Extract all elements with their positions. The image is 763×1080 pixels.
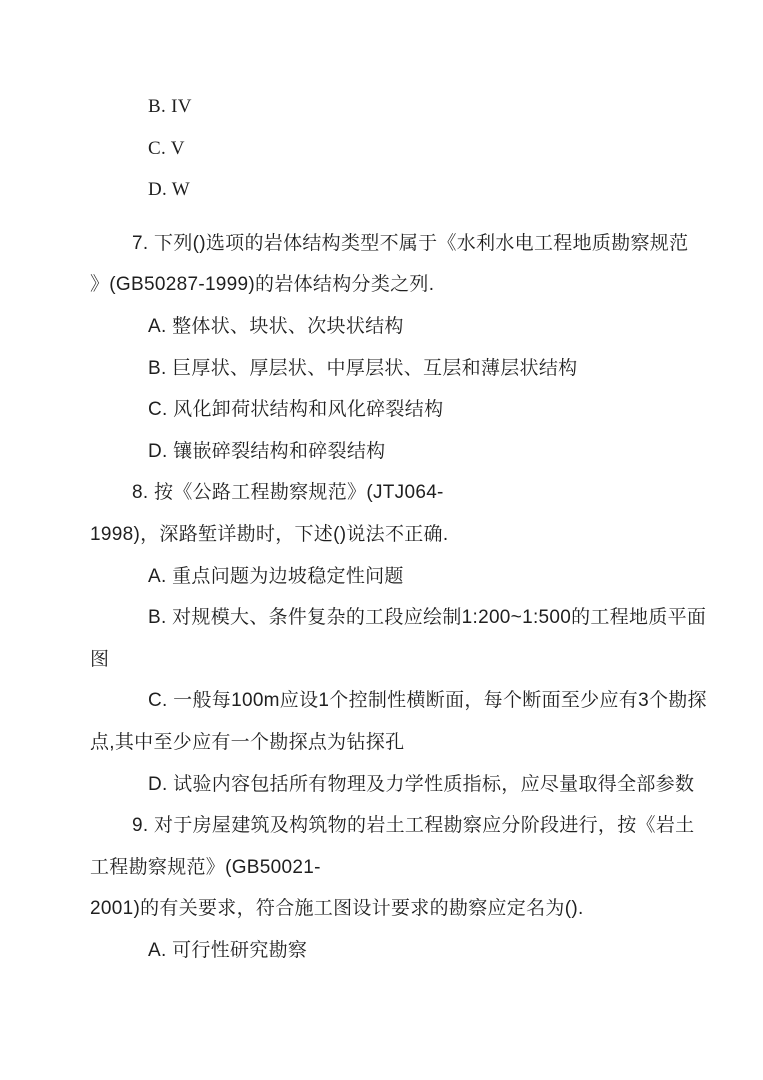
- question-9-stem-line-3: 2001)的有关要求，符合施工图设计要求的勘察应定名为().: [90, 888, 680, 930]
- question-9-option-a: A. 可行性研究勘察: [90, 930, 680, 972]
- exam-question-text: B. IV C. V D. W 7. 下列()选项的岩体结构类型不属于《水利水电…: [90, 86, 680, 971]
- question-8-option-b-line-2: 图: [90, 639, 680, 681]
- question-8-option-a: A. 重点问题为边坡稳定性问题: [90, 556, 680, 598]
- question-8-option-c-line-2: 点,其中至少应有一个勘探点为钻探孔: [90, 722, 680, 764]
- question-8-stem-line-1: 8. 按《公路工程勘察规范》(JTJ064-: [90, 472, 680, 514]
- question-7-option-c: C. 风化卸荷状结构和风化碎裂结构: [90, 389, 680, 431]
- question-8-stem-line-2: 1998)，深路堑详勘时，下述()说法不正确.: [90, 514, 680, 556]
- question-8-option-b-line-1: B. 对规模大、条件复杂的工段应绘制1:200~1:500的工程地质平面: [90, 597, 680, 639]
- document-page: B. IV C. V D. W 7. 下列()选项的岩体结构类型不属于《水利水电…: [0, 0, 763, 1080]
- question-7-stem-line-2: 》(GB50287-1999)的岩体结构分类之列.: [90, 264, 680, 306]
- question-9-stem-line-1: 9. 对于房屋建筑及构筑物的岩土工程勘察应分阶段进行，按《岩土: [90, 805, 680, 847]
- question-8-option-c-line-1: C. 一般每100m应设1个控制性横断面，每个断面至少应有3个勘探: [90, 680, 680, 722]
- question-9-stem-line-2: 工程勘察规范》(GB50021-: [90, 847, 680, 889]
- question-7-option-b: B. 巨厚状、厚层状、中厚层状、互层和薄层状结构: [90, 348, 680, 390]
- prev-question-option-d: D. W: [90, 169, 680, 211]
- prev-question-option-c: C. V: [90, 128, 680, 170]
- question-7-option-a: A. 整体状、块状、次块状结构: [90, 306, 680, 348]
- question-8-option-d: D. 试验内容包括所有物理及力学性质指标，应尽量取得全部参数: [90, 764, 680, 806]
- prev-question-option-b: B. IV: [90, 86, 680, 128]
- question-7-option-d: D. 镶嵌碎裂结构和碎裂结构: [90, 431, 680, 473]
- question-7-stem-line-1: 7. 下列()选项的岩体结构类型不属于《水利水电工程地质勘察规范: [90, 223, 680, 265]
